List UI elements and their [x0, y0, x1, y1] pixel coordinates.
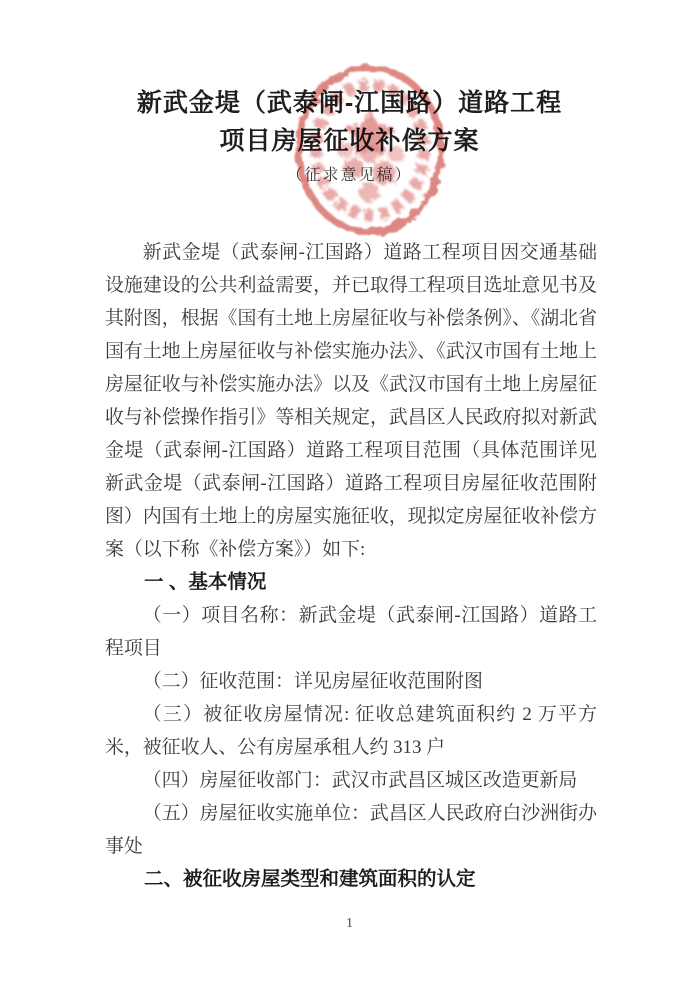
paragraph: （四）房屋征收部门：武汉市武昌区城区改造更新局 — [105, 764, 597, 797]
document-title-line1: 新武金堤（武泰闸-江国路）道路工程 — [0, 84, 699, 122]
document-page: 新武金堤（武泰闸-江国路）道路工程 项目房屋征收补偿方案 （征求意见稿） 新武金… — [0, 0, 699, 990]
document-title: 新武金堤（武泰闸-江国路）道路工程 项目房屋征收补偿方案 — [0, 84, 699, 160]
paragraph: 新武金堤（武泰闸-江国路）道路工程项目因交通基础设施建设的公共利益需要，并已取得… — [105, 236, 597, 566]
draft-note: （征求意见稿） — [0, 162, 699, 185]
paragraph: （一）项目名称：新武金堤（武泰闸-江国路）道路工程项目 — [105, 599, 597, 665]
paragraph: （二）征收范围：详见房屋征收范围附图 — [105, 665, 597, 698]
section-heading: 二、被征收房屋类型和建筑面积的认定 — [105, 863, 597, 896]
paragraph: （三）被征收房屋情况: 征收总建筑面积约 2 万平方米，被征收人、公有房屋承租人… — [105, 698, 597, 764]
paragraph: （五）房屋征收实施单位：武昌区人民政府白沙洲街办事处 — [105, 797, 597, 863]
document-body: 新武金堤（武泰闸-江国路）道路工程项目因交通基础设施建设的公共利益需要，并已取得… — [105, 236, 597, 896]
document-title-line2: 项目房屋征收补偿方案 — [0, 122, 699, 160]
section-heading: 一 、基本情况 — [105, 566, 597, 599]
page-number: 1 — [0, 916, 699, 932]
